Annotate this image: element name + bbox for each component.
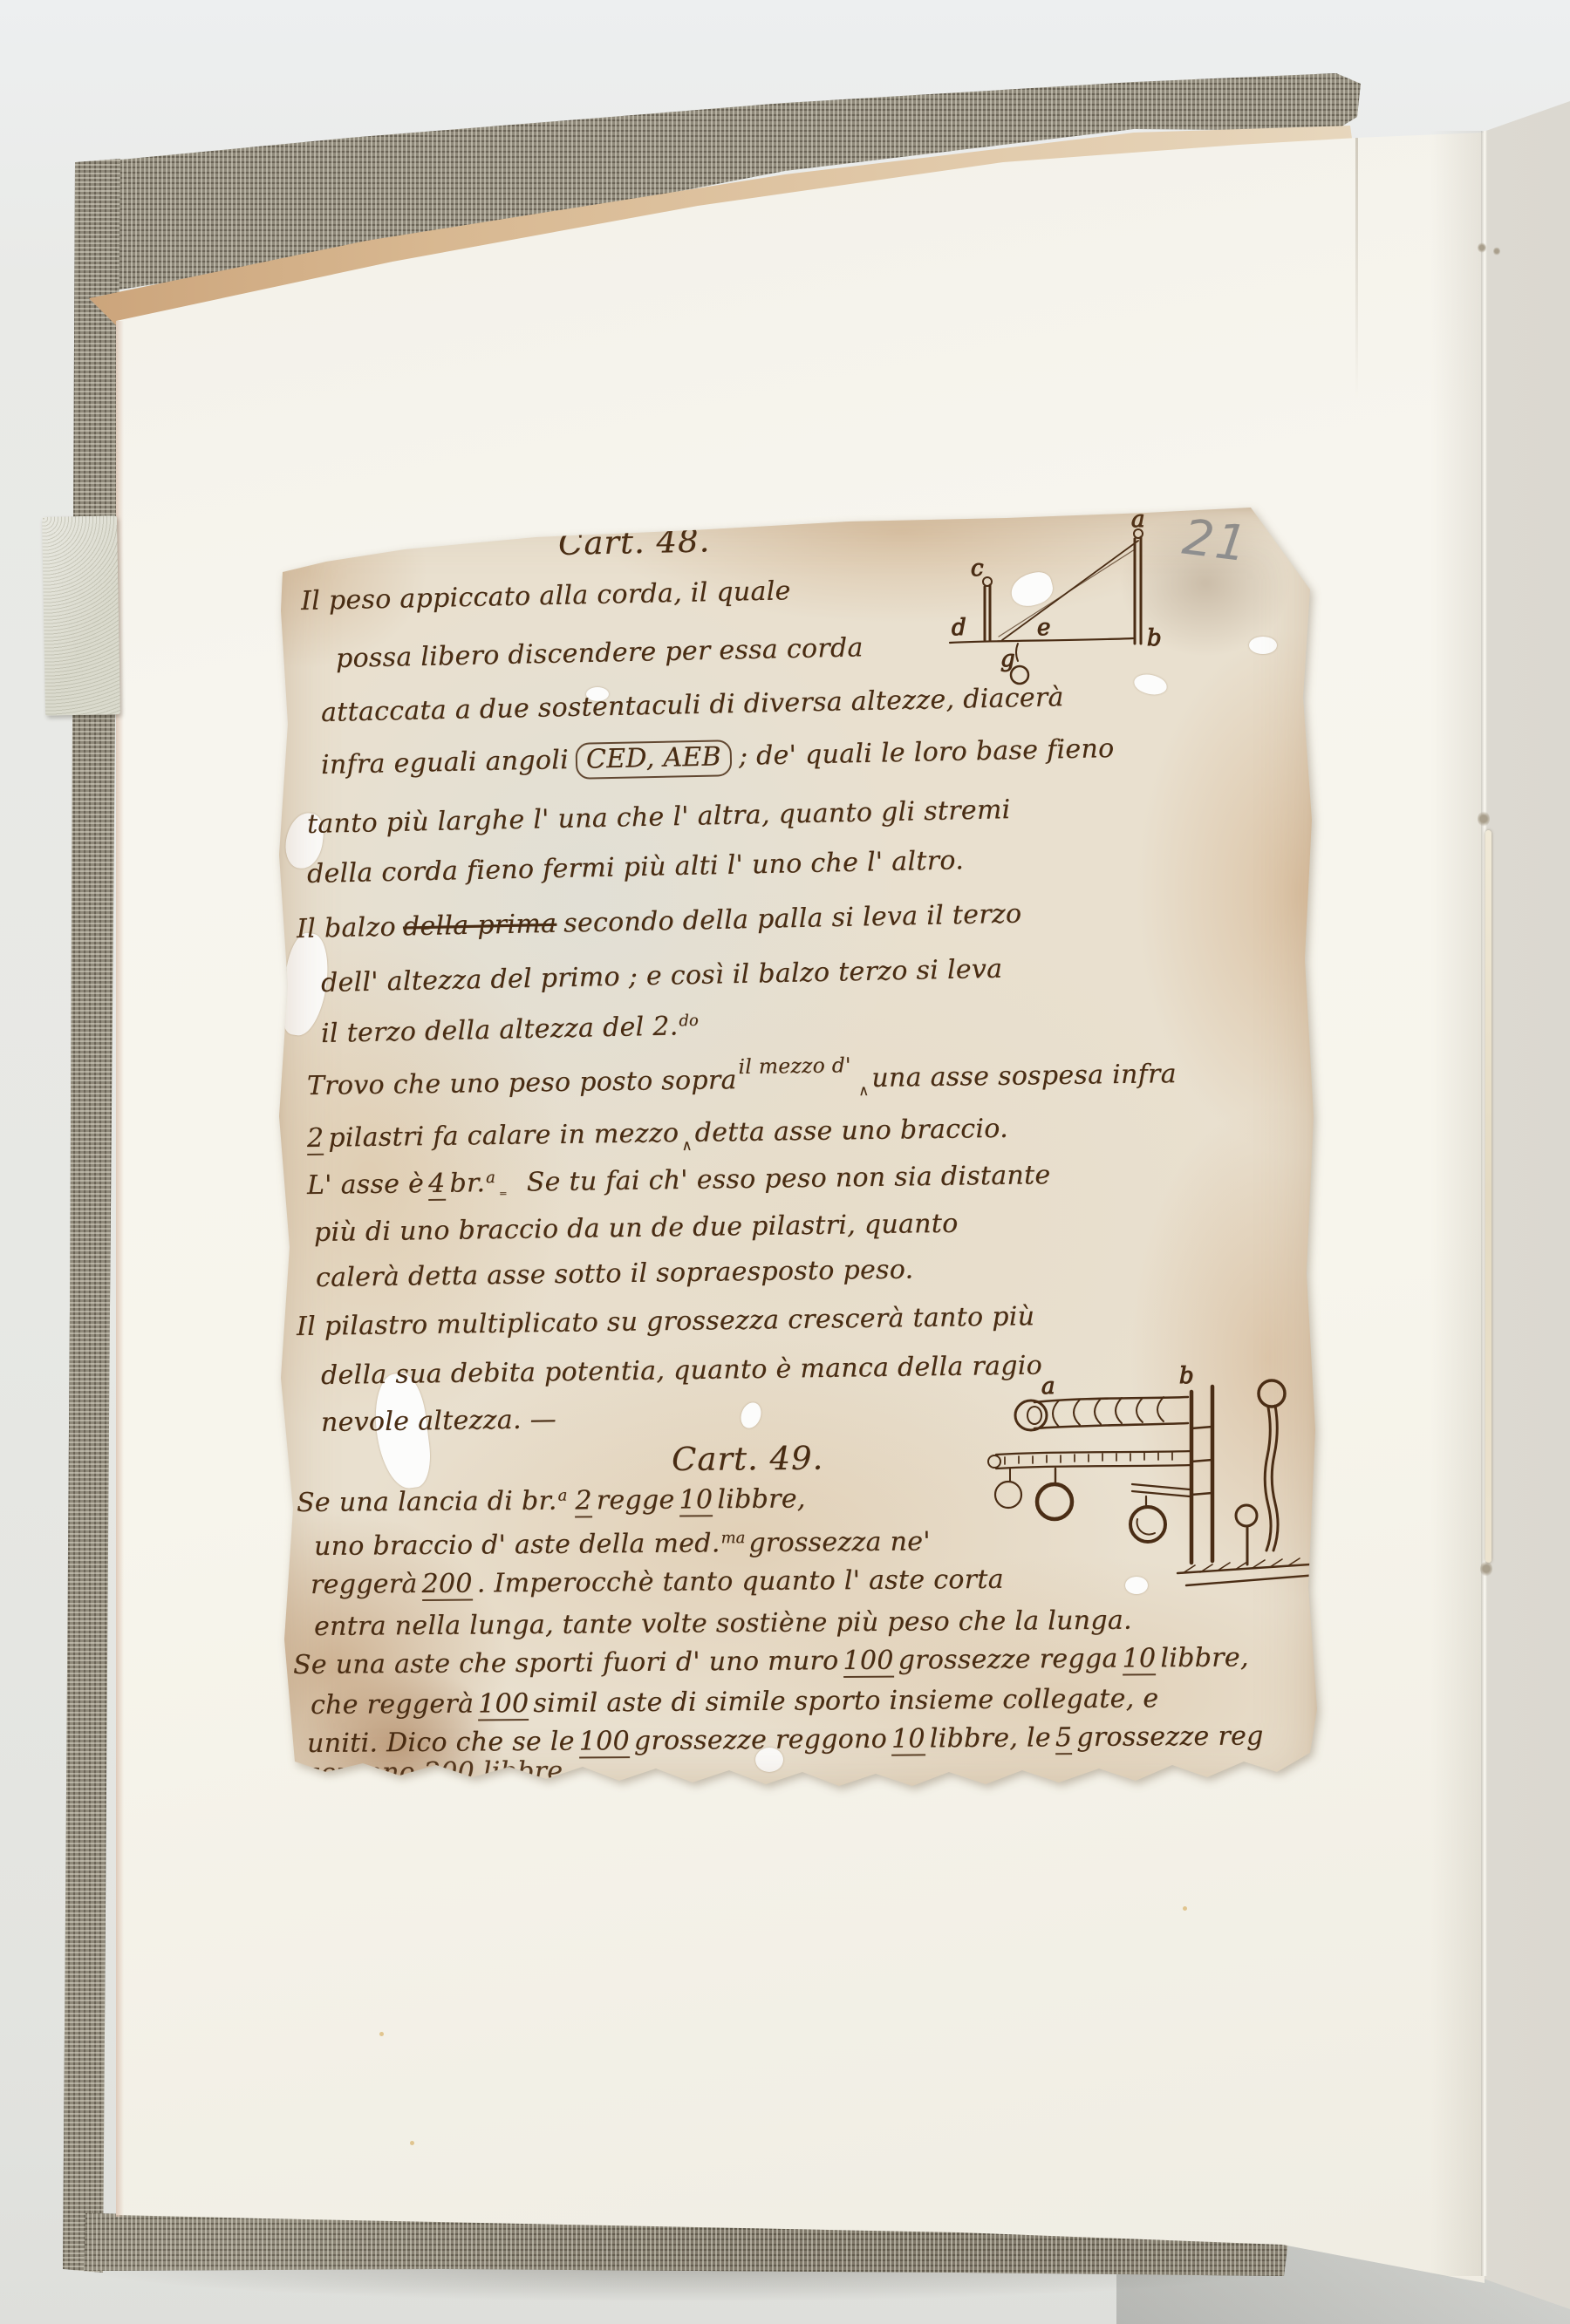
weight-ring	[1011, 666, 1028, 684]
right-post	[1265, 1406, 1278, 1550]
ms-segment: pilastri fa calare in mezzo	[328, 1118, 679, 1154]
rope-line	[1002, 541, 1138, 640]
ms-segment: libbre,	[717, 1483, 806, 1515]
ms-line: dell' altezza del primo ; e così il balz…	[321, 954, 1003, 998]
paper-loss	[370, 1371, 434, 1491]
ms-segment: ; de' quali le loro base fieno	[738, 733, 1114, 772]
diagram-label-g: g	[1000, 646, 1015, 672]
ms-line: uniti. Dico che se le100grossezze reggon…	[307, 1721, 1264, 1759]
hanging-ring-thick	[1037, 1484, 1072, 1519]
paper-loss	[738, 1400, 765, 1431]
ground-hatching	[1183, 1558, 1300, 1573]
ms-line: nevole altezza. —	[321, 1404, 556, 1438]
weight-hook	[1016, 644, 1018, 661]
diagram-label-d: d	[952, 615, 966, 641]
pencil-folio-number: 21	[1179, 509, 1252, 574]
ms-line: che reggerà100simil aste di simile sport…	[311, 1683, 1159, 1721]
ms-line: infra eguali angoliCED, AEB; de' quali l…	[321, 733, 1115, 780]
insertion-caret: ∧	[858, 1082, 870, 1099]
paper-loss	[1007, 569, 1056, 610]
paper-fleck	[1183, 1906, 1187, 1911]
ms-segment: una asse sospesa infra	[871, 1059, 1177, 1094]
diagram-label-c: c	[971, 555, 984, 582]
ms-line: della sua debita potentia, quanto è manc…	[321, 1350, 1042, 1391]
heading-cart-48: Cart. 48.	[558, 521, 711, 562]
superscript: a	[486, 1169, 495, 1187]
ms-line: 2pilastri fa calare in mezzo∧detta asse …	[307, 1114, 1009, 1159]
ms-line: Trovo che uno peso posto soprail mezzo d…	[307, 1059, 1177, 1107]
ms-line: tanto più larghe l' una che l' altra, qu…	[307, 794, 1011, 840]
beam-spiral-shading	[1053, 1397, 1164, 1427]
wall-post	[1191, 1387, 1212, 1563]
short-post-cap	[983, 577, 992, 586]
ms-segment: uno braccio d' aste della med.	[314, 1528, 720, 1562]
ms-line: calerà detta asse sotto il sopraesposto …	[316, 1254, 914, 1293]
ms-segment: il terzo della altezza del 2.	[321, 1011, 679, 1049]
ms-segment: che reggerà	[311, 1689, 474, 1721]
ms-line: Se una aste che sporti fuori d' uno muro…	[293, 1642, 1249, 1680]
page-corner-crease	[1355, 138, 1358, 399]
ms-segment: Se una aste che sporti fuori d' uno muro	[293, 1646, 839, 1680]
second-beam-ticks	[1005, 1453, 1172, 1464]
right-post-ball	[1259, 1380, 1285, 1407]
ms-segment: secondo della palla si leva il terzo	[563, 899, 1022, 939]
cantilever-beams-diagram: a b	[954, 1348, 1321, 1610]
ms-line: più di uno braccio da un de due pilastri…	[314, 1209, 959, 1248]
ms-line: uno braccio d' aste della med.magrossezz…	[314, 1526, 931, 1562]
ms-segment: infra eguali angoli	[321, 745, 570, 780]
insertion-caret: ∧	[681, 1137, 693, 1154]
cloth-bookmark-strap	[42, 515, 120, 715]
paper-loss	[586, 687, 609, 701]
underlined-number: 100	[579, 1726, 630, 1758]
rope-posts-diagram: c d e g a b	[915, 513, 1203, 731]
tall-post	[1135, 537, 1141, 644]
ms-segment: grossezze reg	[1076, 1721, 1264, 1753]
ms-line: L' asse è4br.a₌Se tu fai ch' esso peso n…	[307, 1160, 1051, 1203]
ms-segment: reggerà	[311, 1569, 418, 1600]
interlinear-insertion: il mezzo d'	[738, 1053, 851, 1079]
diagram-label-e: e	[1037, 615, 1050, 641]
paper-fleck	[379, 2032, 384, 2036]
ms-line: della corda fieno fermi più alti l' uno …	[307, 845, 965, 889]
heading-cart-49: Cart. 49.	[672, 1440, 824, 1478]
ms-line: attaccata a due sostentaculi di diversa …	[321, 682, 1064, 728]
ground-lines	[1177, 1564, 1317, 1585]
paper-loss	[283, 811, 325, 870]
second-beam	[996, 1451, 1191, 1469]
underlined-number: 2	[307, 1123, 324, 1155]
paper-loss	[755, 1748, 783, 1772]
small-post-ball	[1236, 1505, 1257, 1526]
ms-line: il terzo della altezza del 2.do	[321, 1011, 703, 1049]
stitch-hole	[1478, 242, 1486, 253]
ground-line	[950, 638, 1133, 643]
ms-segment: grossezze reggono	[634, 1724, 887, 1756]
ms-segment: br.	[449, 1168, 485, 1199]
short-post	[985, 585, 990, 640]
ms-segment: L' asse è	[307, 1169, 425, 1201]
ms-segment: Se tu fai ch' esso peso non sia distante	[526, 1160, 1050, 1197]
paper-loss	[1125, 1577, 1148, 1594]
diagram-label-a: a	[1131, 507, 1145, 533]
ms-line: Se una lancia di br.a2regge10libbre,	[297, 1483, 806, 1518]
top-beam-ring	[1015, 1401, 1047, 1430]
sub-mark: ₌	[499, 1182, 508, 1201]
underlined-number: 2	[575, 1485, 592, 1517]
ms-segment: grossezza ne'	[748, 1526, 931, 1558]
wall-post-rungs	[1191, 1427, 1212, 1495]
ms-segment: uniti. Dico che se le	[307, 1727, 575, 1759]
manuscript-scrap-wrapper: 21 c d e g a b	[274, 506, 1321, 1796]
second-beam-hook	[988, 1455, 1000, 1468]
underlined-number: 100	[843, 1646, 893, 1678]
ms-segment: libbre,	[1160, 1642, 1249, 1673]
diagram-label-b: b	[1147, 625, 1162, 651]
ring-inner-arc	[1137, 1519, 1155, 1535]
ms-line: Il balzodella primasecondo della palla s…	[297, 899, 1022, 944]
ms-line: Il peso appiccato alla corda, il quale	[301, 576, 791, 617]
page-gutter-shade	[1430, 131, 1485, 2276]
tall-post-cap	[1134, 529, 1143, 538]
superscript: do	[679, 1012, 699, 1030]
paper-loss	[1249, 637, 1277, 654]
underlined-number: 10	[891, 1723, 925, 1755]
underlined-number: 5	[1055, 1722, 1073, 1755]
ms-line: possa libero discendere per essa corda	[336, 632, 863, 674]
diagram-label-b: b	[1179, 1363, 1194, 1389]
underlined-number: 100	[478, 1688, 529, 1721]
paper-loss	[277, 930, 333, 1039]
underlined-number: 10	[1122, 1643, 1156, 1675]
underlined-number: 4	[428, 1169, 446, 1201]
ms-line: Il pilastro multiplicato su grossezza cr…	[297, 1301, 1035, 1342]
manuscript-scrap: 21 c d e g a b	[274, 506, 1321, 1796]
diagram-label-a: a	[1041, 1373, 1055, 1400]
hanging-ring-thin	[995, 1482, 1021, 1508]
paper-fleck	[410, 2141, 414, 2145]
ms-segment: detta asse uno braccio.	[694, 1114, 1008, 1148]
stitch-hole	[1493, 247, 1500, 256]
underlined-number: 10	[679, 1484, 713, 1516]
stitch-hole	[1478, 811, 1490, 827]
ms-segment: libbre, le	[930, 1722, 1051, 1754]
torn-line-fragment: geranno 200 libbre	[304, 1756, 563, 1789]
ms-segment: Se una lancia di br.	[297, 1486, 557, 1518]
binding-thread	[1485, 830, 1491, 1563]
ms-line: entra nella lunga, tante volte sostiène …	[314, 1605, 1132, 1642]
photograph-of-manuscript-album: 21 c d e g a b	[0, 0, 1570, 2324]
underlined-number: 200	[421, 1569, 472, 1601]
ms-segment: Il balzo	[297, 912, 397, 944]
third-beam	[1132, 1484, 1190, 1496]
paper-loss	[1132, 671, 1169, 697]
rope-line-2	[999, 549, 1135, 637]
ms-segment: . Imperocchè tanto quanto l' aste corta	[477, 1564, 1004, 1599]
ms-segment: grossezze regga	[898, 1644, 1118, 1676]
stitch-hole	[1480, 1561, 1492, 1577]
ms-segment: regge	[597, 1485, 675, 1516]
ms-segment: Trovo che uno peso posto sopra	[307, 1065, 737, 1101]
hanging-ring-low	[1130, 1507, 1165, 1542]
superscript: a	[558, 1487, 568, 1505]
top-beam	[1034, 1397, 1188, 1428]
superscript: ma	[720, 1529, 745, 1547]
ms-line: reggerà200. Imperocchè tanto quanto l' a…	[311, 1564, 1004, 1600]
struck-words: della prima	[403, 909, 557, 943]
ms-segment: simil aste di simile sporto insieme coll…	[533, 1683, 1158, 1719]
top-beam-ring-inner	[1027, 1407, 1041, 1424]
boxed-angle-labels: CED, AEB	[576, 739, 733, 780]
